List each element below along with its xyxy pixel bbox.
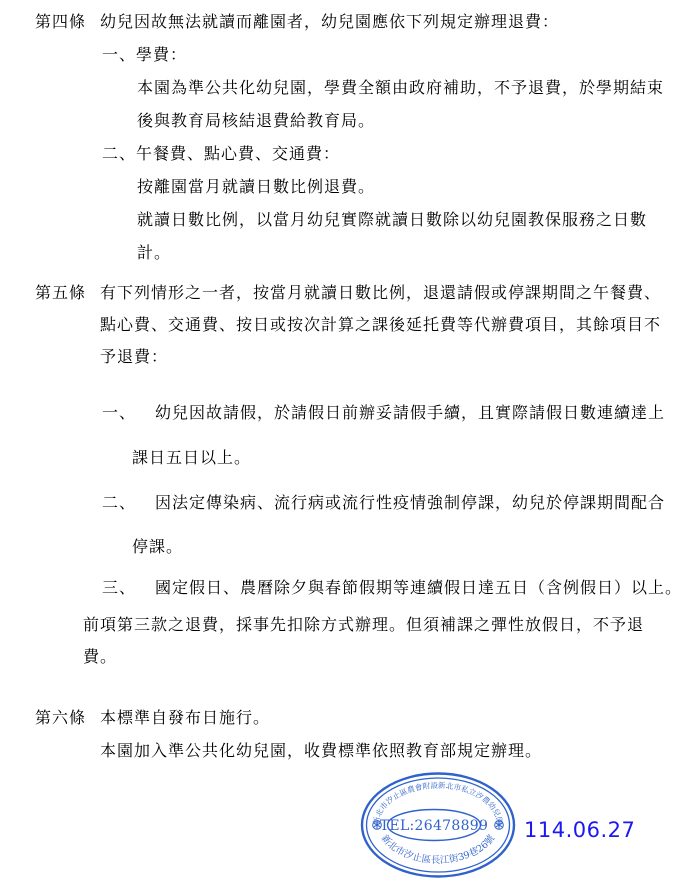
date-annotation: 114.06.27: [524, 818, 635, 842]
article5-item2-line2: 停課。: [132, 538, 183, 555]
article4-item2-line1: 按離園當月就讀日數比例退費。: [137, 178, 375, 195]
stamp-arc-bottom-text: 新北市汐止區長江街39巷26號: [379, 832, 498, 866]
article6-line2: 本園加入準公共化幼兒園，收費標準依照教育部規定辦理。: [100, 742, 542, 759]
article6-label: 第六條: [35, 709, 86, 726]
article5-item1-line2: 課日五日以上。: [132, 449, 251, 466]
article5-label: 第五條: [35, 284, 86, 301]
article4-item1-title: 一、學費：: [102, 46, 187, 63]
article5-heading-line3: 予退費：: [100, 348, 168, 365]
article5-heading-line2: 點心費、交通費、按日或按次計算之課後延托費等代辦費項目，其餘項目不: [100, 316, 661, 333]
article5-item2-line1: 因法定傳染病、流行病或流行性疫情強制停課，幼兒於停課期間配合: [155, 494, 665, 511]
article5-tail-line2: 費。: [83, 648, 117, 665]
article5-item3-number: 三、: [102, 579, 136, 596]
kindergarten-stamp: 新北市汐止區農會附設新北市私立汐農幼兒園 新北市汐止區長江街39巷26號 TEL…: [359, 771, 517, 879]
article5-item2-number: 二、: [102, 494, 136, 511]
article4-item1-line1: 本園為準公共化幼兒園，學費全額由政府補助，不予退費，於學期結束: [137, 79, 664, 96]
article4-item2-line3: 計。: [137, 244, 171, 261]
article5-item1-number: 一、: [102, 404, 136, 421]
article5-item1-line1: 幼兒因故請假，於請假日前辦妥請假手續，且實際請假日數連續達上: [155, 404, 665, 421]
article5-item3-line1: 國定假日、農曆除夕與春節假期等連續假日達五日（含例假日）以上。: [155, 579, 682, 596]
stamp-phone-text: TEL:26478899: [380, 818, 488, 834]
article5-heading-line1: 有下列情形之一者，按當月就讀日數比例，退還請假或停課期間之午餐費、: [100, 284, 661, 301]
article6-line1: 本標準自發布日施行。: [100, 709, 270, 726]
document-page: 第四條 幼兒因故無法就讀而離園者，幼兒園應依下列規定辦理退費： 一、學費： 本園…: [0, 0, 682, 883]
flower-icon: [495, 821, 504, 830]
article4-heading: 幼兒因故無法就讀而離園者，幼兒園應依下列規定辦理退費：: [100, 13, 559, 30]
article4-item1-line2: 後與教育局核結退費給教育局。: [137, 112, 375, 129]
article4-label: 第四條: [35, 13, 86, 30]
article4-item2-title: 二、午餐費、點心費、交通費：: [102, 145, 340, 162]
article4-item2-line2: 就讀日數比例，以當月幼兒實際就讀日數除以幼兒園教保服務之日數: [137, 211, 647, 228]
article5-tail-line1: 前項第三款之退費，採事先扣除方式辦理。但須補課之彈性放假日，不予退: [83, 616, 644, 633]
